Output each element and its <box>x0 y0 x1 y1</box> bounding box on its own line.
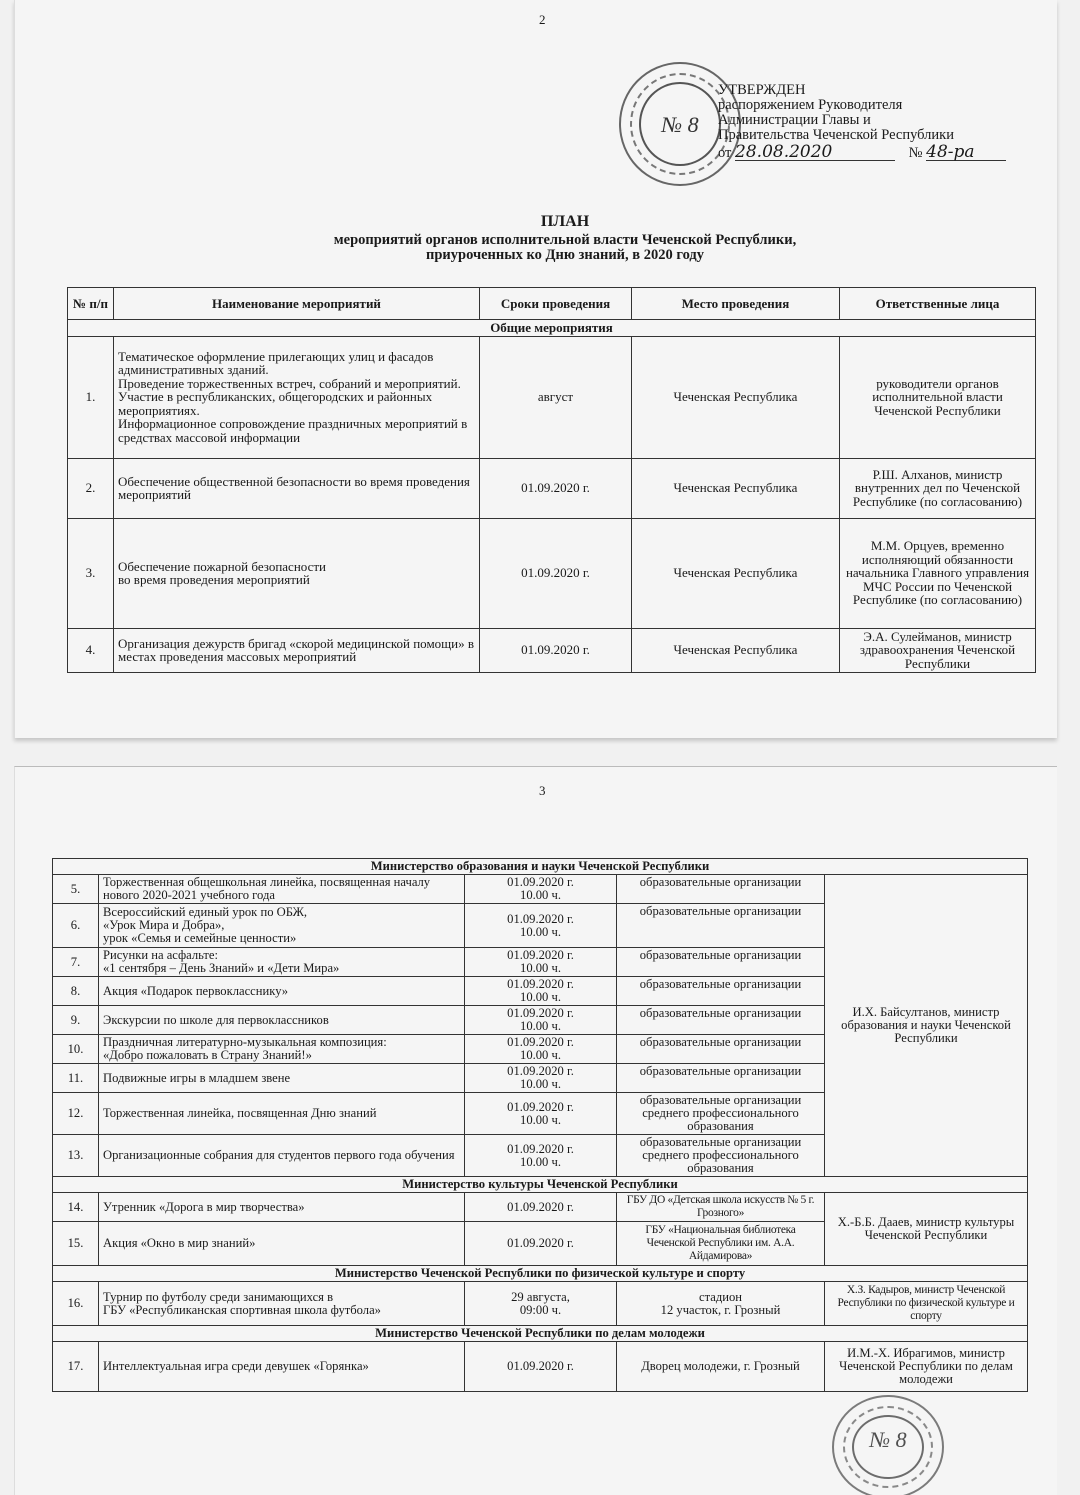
event-date: 01.09.2020 г. 10.00 ч. <box>465 875 617 904</box>
column-header: Ответственные лица <box>840 288 1036 320</box>
table-row: 14.Утренник «Дорога в мир творчества»01.… <box>53 1193 1028 1222</box>
event-place: образовательные организации <box>617 1035 825 1064</box>
event-date: 01.09.2020 г. <box>465 1342 617 1392</box>
event-place: Чеченская Республика <box>632 458 840 518</box>
date-prefix: от <box>718 145 731 161</box>
event-place: Чеченская Республика <box>632 628 840 672</box>
section-title: Министерство Чеченской Республики по дел… <box>53 1326 1028 1342</box>
approval-heading: УТВЕРЖДЕН <box>718 83 1006 98</box>
row-number: 15. <box>53 1222 99 1266</box>
table-row: 3.Обеспечение пожарной безопасности во в… <box>68 518 1036 628</box>
table-row: 1.Тематическое оформление прилегающих ул… <box>68 336 1036 458</box>
row-number: 10. <box>53 1035 99 1064</box>
table-row: 16.Турнир по футболу среди занимающихся … <box>53 1282 1028 1326</box>
event-place: образовательные организации <box>617 977 825 1006</box>
event-date: 01.09.2020 г. 10.00 ч. <box>465 1035 617 1064</box>
event-place: ГБУ ДО «Детская школа искусств № 5 г. Гр… <box>617 1193 825 1222</box>
responsible-person: Х.-Б.Б. Дааев, министр культуры Чеченско… <box>825 1193 1028 1266</box>
row-number: 12. <box>53 1093 99 1135</box>
section-row: Министерство Чеченской Республики по дел… <box>53 1326 1028 1342</box>
row-number: 14. <box>53 1193 99 1222</box>
responsible-person: И.Х. Байсултанов, министр образования и … <box>825 875 1028 1177</box>
number-prefix: № <box>909 145 923 161</box>
row-number: 1. <box>68 336 114 458</box>
event-date: 01.09.2020 г. 10.00 ч. <box>465 948 617 977</box>
event-date: август <box>480 336 632 458</box>
column-header: Наименование мероприятий <box>114 288 480 320</box>
subtitle-line: мероприятий органов исполнительной власт… <box>15 233 1080 248</box>
seal-stamp-icon: № 8 <box>832 1395 944 1495</box>
table-row: 5.Торжественная общешкольная линейка, по… <box>53 875 1028 904</box>
event-date: 01.09.2020 г. 10.00 ч. <box>465 1006 617 1035</box>
event-name: Всероссийский единый урок по ОБЖ, «Урок … <box>99 904 465 948</box>
event-place: образовательные организации <box>617 1064 825 1093</box>
event-name: Рисунки на асфальте: «1 сентября – День … <box>99 948 465 977</box>
section-title: Министерство культуры Чеченской Республи… <box>53 1177 1028 1193</box>
row-number: 8. <box>53 977 99 1006</box>
event-name: Экскурсии по школе для первоклассников <box>99 1006 465 1035</box>
responsible-person: Х.З. Кадыров, министр Чеченской Республи… <box>825 1282 1028 1326</box>
document-subtitle: мероприятий органов исполнительной власт… <box>15 233 1080 263</box>
section-title: Министерство образования и науки Чеченск… <box>53 859 1028 875</box>
row-number: 2. <box>68 458 114 518</box>
approval-line: распоряжением Руководителя <box>718 98 1006 113</box>
events-table-continued: Министерство образования и науки Чеченск… <box>52 858 1028 1392</box>
row-number: 9. <box>53 1006 99 1035</box>
table-row: 17.Интеллектуальная игра среди девушек «… <box>53 1342 1028 1392</box>
column-header: № п/п <box>68 288 114 320</box>
row-number: 11. <box>53 1064 99 1093</box>
event-place: Чеченская Республика <box>632 336 840 458</box>
stamp-label: № 8 <box>834 1427 942 1453</box>
event-date: 01.09.2020 г. <box>465 1222 617 1266</box>
row-number: 13. <box>53 1135 99 1177</box>
event-name: Утренник «Дорога в мир творчества» <box>99 1193 465 1222</box>
section-row: Министерство Чеченской Республики по физ… <box>53 1266 1028 1282</box>
row-number: 7. <box>53 948 99 977</box>
event-date: 01.09.2020 г. 10.00 ч. <box>465 1093 617 1135</box>
event-date: 01.09.2020 г. <box>465 1193 617 1222</box>
event-place: образовательные организации <box>617 875 825 904</box>
responsible-person: руководители органов исполнительной влас… <box>840 336 1036 458</box>
event-place: ГБУ «Национальная библиотека Чеченской Р… <box>617 1222 825 1266</box>
event-name: Акция «Подарок первокласснику» <box>99 977 465 1006</box>
event-date: 01.09.2020 г. <box>480 458 632 518</box>
document-title: ПЛАН <box>15 213 1080 231</box>
row-number: 3. <box>68 518 114 628</box>
approval-date: 28.08.2020 <box>735 145 895 161</box>
event-date: 01.09.2020 г. 10.00 ч. <box>465 904 617 948</box>
event-name: Интеллектуальная игра среди девушек «Гор… <box>99 1342 465 1392</box>
approval-line: Правительства Чеченской Республики <box>718 128 1006 143</box>
section-title: Министерство Чеченской Республики по физ… <box>53 1266 1028 1282</box>
responsible-person: Р.Ш. Алханов, министр внутренних дел по … <box>840 458 1036 518</box>
approval-line: Администрации Главы и <box>718 113 1006 128</box>
event-place: образовательные организации среднего про… <box>617 1135 825 1177</box>
event-name: Акция «Окно в мир знаний» <box>99 1222 465 1266</box>
row-number: 5. <box>53 875 99 904</box>
approval-block: УТВЕРЖДЕН распоряжением Руководителя Адм… <box>718 83 1006 161</box>
event-date: 29 августа, 09:00 ч. <box>465 1282 617 1326</box>
row-number: 16. <box>53 1282 99 1326</box>
table-row: 2.Обеспечение общественной безопасности … <box>68 458 1036 518</box>
event-place: стадион 12 участок, г. Грозный <box>617 1282 825 1326</box>
event-place: образовательные организации <box>617 948 825 977</box>
event-date: 01.09.2020 г. 10.00 ч. <box>465 1135 617 1177</box>
event-name: Подвижные игры в младшем звене <box>99 1064 465 1093</box>
row-number: 17. <box>53 1342 99 1392</box>
event-name: Тематическое оформление прилегающих улиц… <box>114 336 480 458</box>
row-number: 4. <box>68 628 114 672</box>
row-number: 6. <box>53 904 99 948</box>
events-table: № п/п Наименование мероприятий Сроки про… <box>67 287 1036 673</box>
event-name: Торжественная линейка, посвященная Дню з… <box>99 1093 465 1135</box>
event-place: образовательные организации <box>617 904 825 948</box>
event-place: образовательные организации <box>617 1006 825 1035</box>
event-place: Дворец молодежи, г. Грозный <box>617 1342 825 1392</box>
event-name: Торжественная общешкольная линейка, посв… <box>99 875 465 904</box>
responsible-person: Э.А. Сулейманов, министр здравоохранения… <box>840 628 1036 672</box>
event-date: 01.09.2020 г. <box>480 518 632 628</box>
event-name: Праздничная литературно-музыкальная комп… <box>99 1035 465 1064</box>
event-name: Организационные собрания для студентов п… <box>99 1135 465 1177</box>
table-header-row: № п/п Наименование мероприятий Сроки про… <box>68 288 1036 320</box>
approval-number: 48-ра <box>926 145 1006 161</box>
event-date: 01.09.2020 г. 10.00 ч. <box>465 977 617 1006</box>
column-header: Место проведения <box>632 288 840 320</box>
subtitle-line: приуроченных ко Дню знаний, в 2020 году <box>15 248 1080 263</box>
event-date: 01.09.2020 г. <box>480 628 632 672</box>
page-number: 2 <box>539 12 546 28</box>
table-row: 4.Организация дежурств бригад «скорой ме… <box>68 628 1036 672</box>
event-name: Обеспечение общественной безопасности во… <box>114 458 480 518</box>
section-row: Министерство культуры Чеченской Республи… <box>53 1177 1028 1193</box>
event-name: Обеспечение пожарной безопасности во вре… <box>114 518 480 628</box>
page-number: 3 <box>539 783 546 799</box>
responsible-person: М.М. Орцуев, временно исполняющий обязан… <box>840 518 1036 628</box>
section-row: Министерство образования и науки Чеченск… <box>53 859 1028 875</box>
section-title: Общие мероприятия <box>68 320 1036 337</box>
event-date: 01.09.2020 г. 10.00 ч. <box>465 1064 617 1093</box>
event-name: Организация дежурств бригад «скорой меди… <box>114 628 480 672</box>
event-place: образовательные организации среднего про… <box>617 1093 825 1135</box>
document-page-2: 2 № 8 УТВЕРЖДЕН распоряжением Руководите… <box>14 0 1057 738</box>
column-header: Сроки проведения <box>480 288 632 320</box>
responsible-person: И.М.-Х. Ибрагимов, министр Чеченской Рес… <box>825 1342 1028 1392</box>
event-place: Чеченская Республика <box>632 518 840 628</box>
event-name: Турнир по футболу среди занимающихся в Г… <box>99 1282 465 1326</box>
section-row: Общие мероприятия <box>68 320 1036 337</box>
